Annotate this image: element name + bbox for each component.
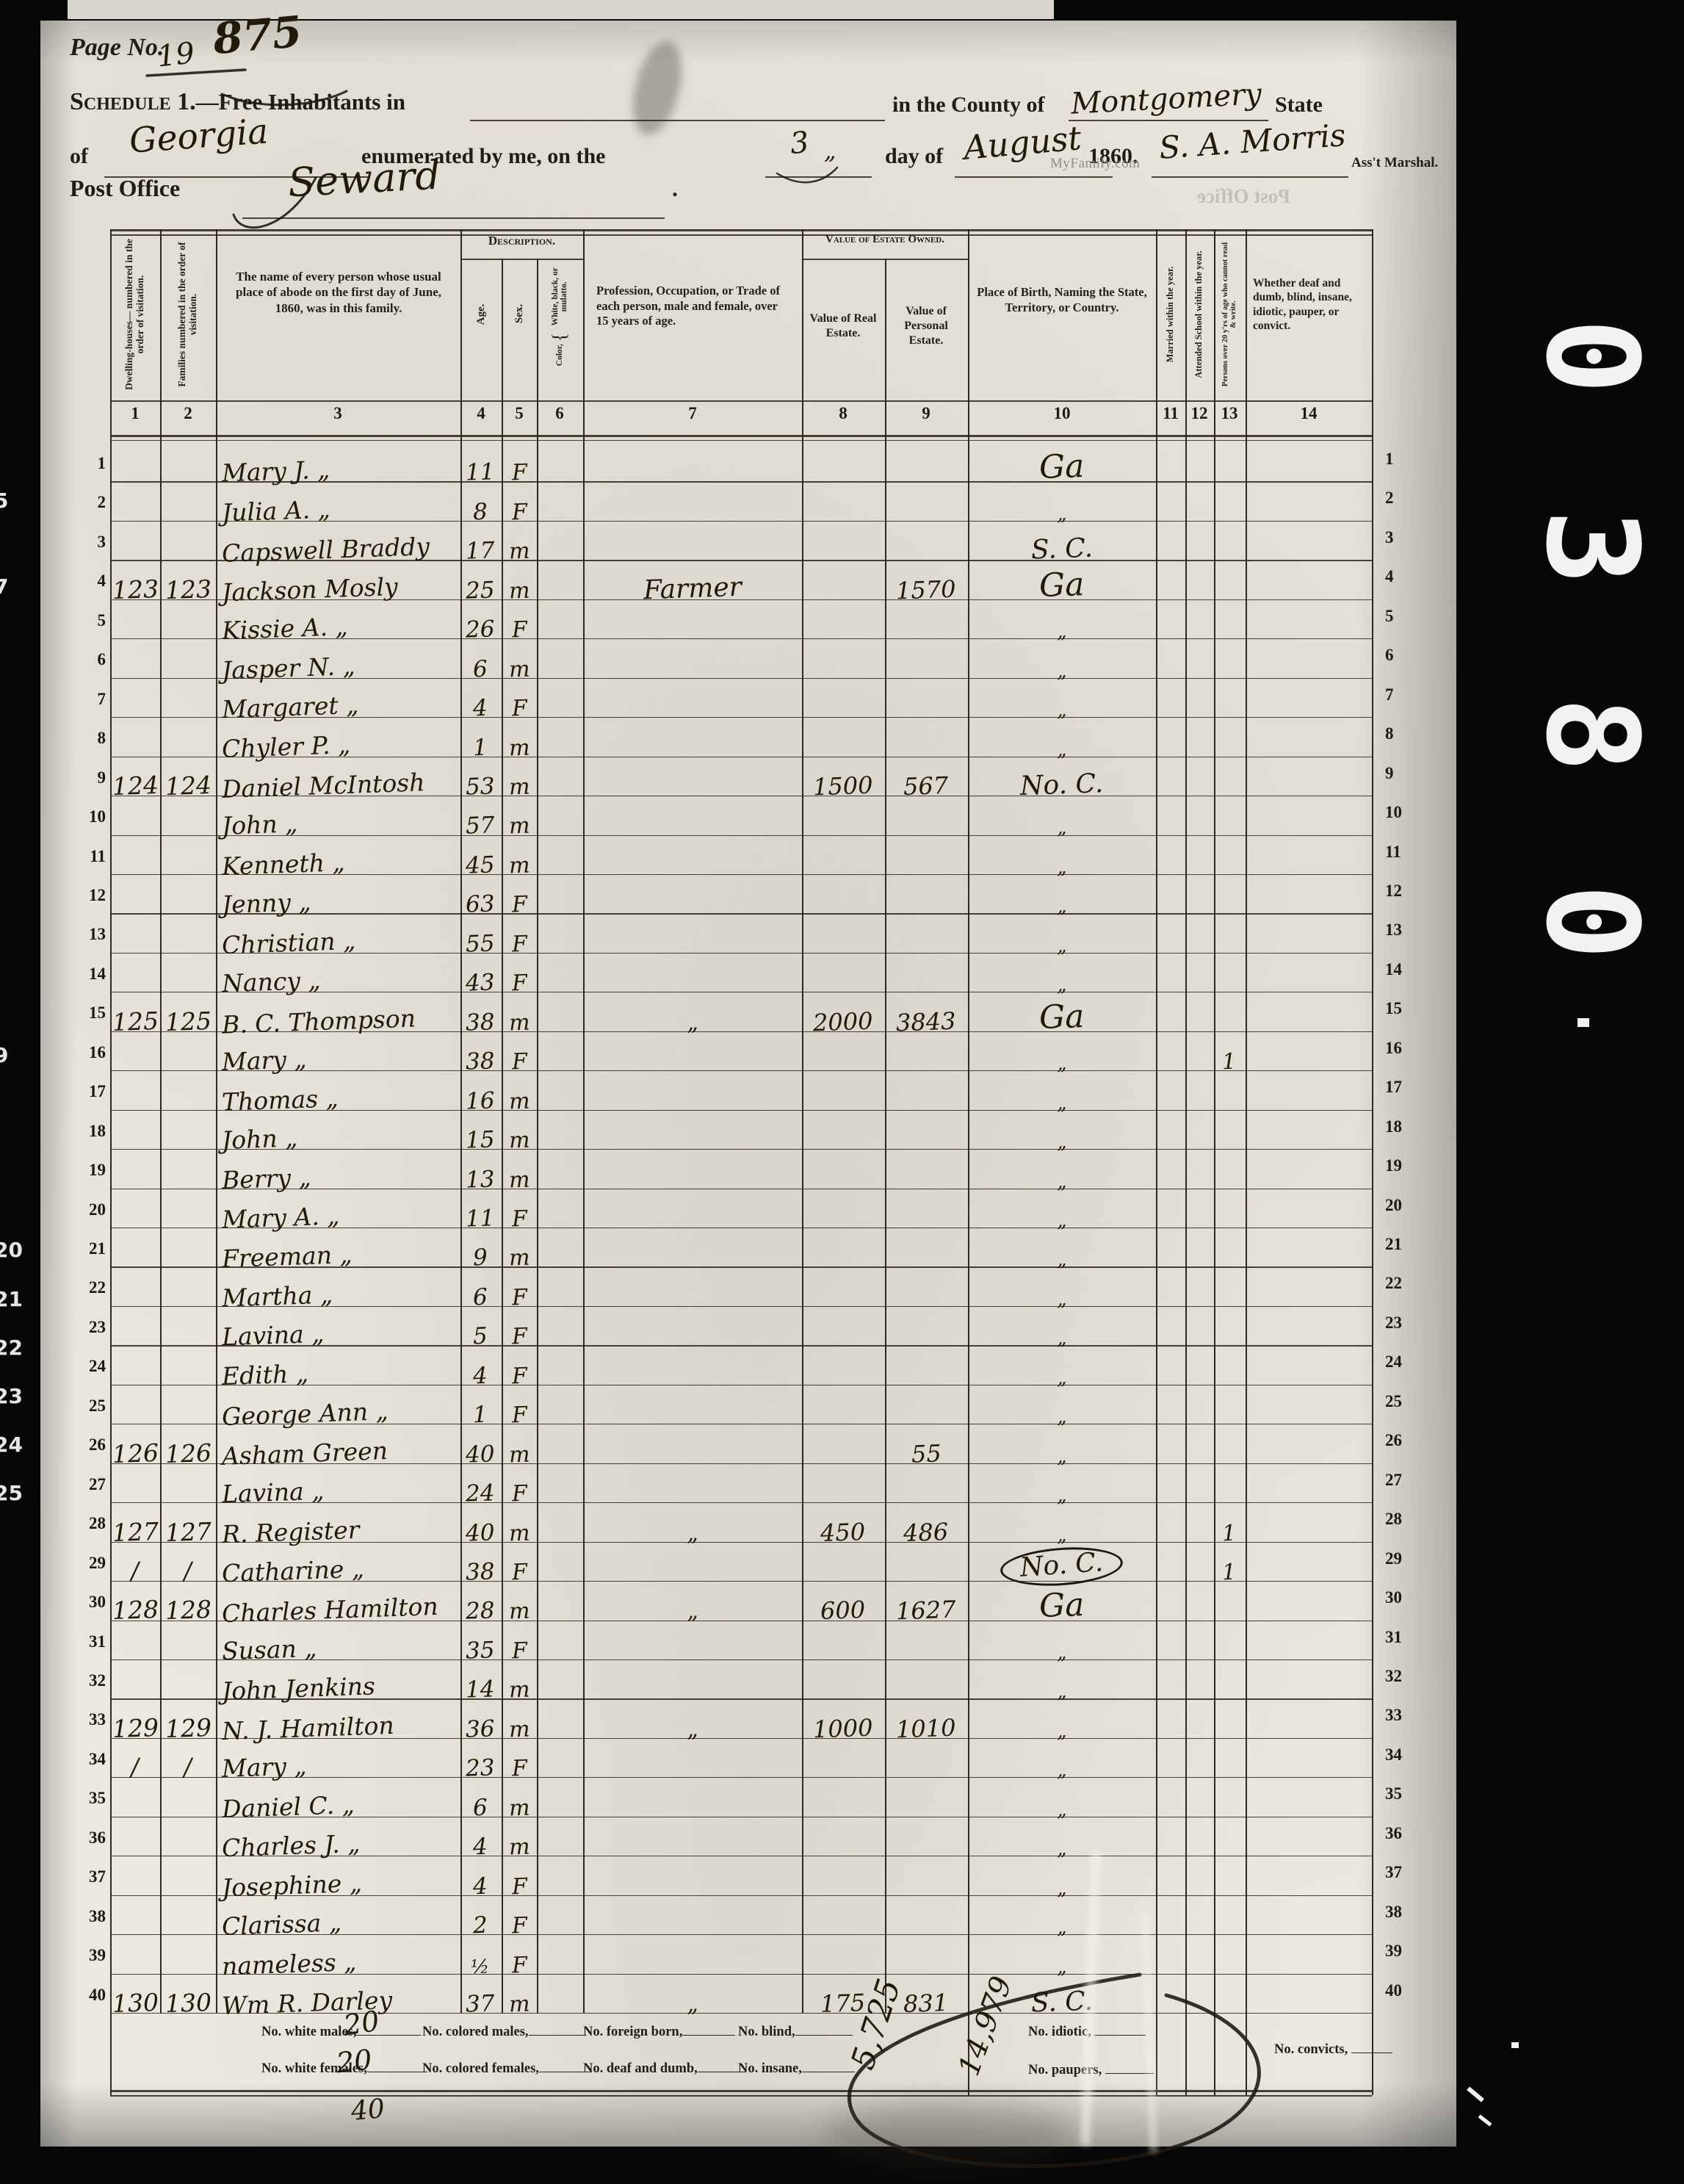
row-number-left: 34 [68, 1750, 106, 1769]
row-number-right: 18 [1385, 1117, 1426, 1136]
column-number: 13 [1207, 404, 1251, 423]
row-number-right: 25 [1385, 1392, 1426, 1411]
footer-summary-blank [367, 2070, 427, 2072]
column-number: 7 [671, 404, 715, 423]
column-header-personal-estate: Value of Personal Estate. [889, 304, 964, 348]
enumeration-day: 3 [789, 126, 811, 161]
row-number-left: 6 [68, 650, 106, 669]
blank-underline [1069, 120, 1268, 121]
row-number-left: 15 [68, 1003, 106, 1023]
footer-summary-item: No. foreign born, [583, 2025, 735, 2040]
column-header-sex: Sex. [502, 244, 537, 383]
row-number-right: 37 [1385, 1863, 1426, 1882]
row-number-right: 11 [1385, 843, 1426, 862]
footer-convicts-label: No. convicts, [1274, 2042, 1392, 2058]
cell-occ: „ [588, 1992, 797, 2017]
film-edge-number: 21 [0, 1287, 29, 1311]
post-office-label: Post Office [70, 175, 180, 202]
table-row: 3333129129N. J. Hamilton36m„10001010„ [0, 1698, 1684, 1737]
row-number-right: 16 [1385, 1039, 1426, 1058]
blank-underline [1152, 176, 1348, 178]
row-number-right: 38 [1385, 1903, 1426, 1922]
column-number: 9 [904, 404, 948, 423]
row-number-right: 17 [1385, 1078, 1426, 1097]
enumeration-day-mark: „ [824, 137, 836, 165]
row-number-left: 27 [68, 1475, 106, 1494]
footer-summary-item: No. insane, [738, 2061, 855, 2077]
row-number-left: 22 [68, 1278, 106, 1297]
row-number-left: 32 [68, 1671, 106, 1690]
row-number-right: 14 [1385, 960, 1426, 979]
table-row: 3535Daniel C. „6m„ [0, 1777, 1684, 1816]
film-edge-number: 22 [0, 1336, 29, 1360]
table-row: 1010John „57m„ [0, 796, 1684, 835]
film-strip-digit: 8 [1522, 668, 1662, 801]
cell-age-text: 37 [466, 1990, 496, 2017]
row-number-right: 4 [1385, 567, 1426, 586]
census-scan-screen: Page No. 19 875 Schedule 1.—Free Inhabit… [0, 0, 1684, 2184]
footer-idiotic-text: No. idiotic, [1028, 2025, 1091, 2039]
table-row: 3232John Jenkins14m„ [0, 1659, 1684, 1698]
row-number-left: 14 [68, 965, 106, 984]
row-number-left: 13 [68, 925, 106, 944]
table-row: 3838Clarissa „2F„ [0, 1895, 1684, 1934]
table-row: 2929//Catharine „38FNo. C.1 [0, 1542, 1684, 1581]
table-row: 3030128128Charles Hamilton28m„6001627Ga [0, 1581, 1684, 1620]
row-number-right: 13 [1385, 920, 1426, 940]
cell-birth: Ga [971, 1587, 1153, 1624]
film-speck [1467, 2086, 1484, 2102]
table-rule-horizontal [110, 2095, 1372, 2097]
cell-pers-text: 831 [903, 1989, 949, 2018]
row-number-right: 35 [1385, 1784, 1426, 1803]
footer-summary-label: No. foreign born, [583, 2025, 682, 2039]
footer-summary-label: No. insane, [738, 2061, 802, 2076]
table-row: 1313Christian „55F„ [0, 913, 1684, 952]
footer-summary-label: No. blind, [738, 2025, 795, 2039]
row-number-left: 11 [68, 847, 106, 866]
row-number-left: 2 [68, 493, 106, 512]
row-number-right: 26 [1385, 1431, 1426, 1450]
row-number-right: 39 [1385, 1942, 1426, 1961]
column-number: 3 [316, 404, 360, 423]
table-row: 1717Thomas „16m„ [0, 1070, 1684, 1109]
table-rule-horizontal [110, 440, 1372, 441]
column-header-place-of-birth: Place of Birth, Naming the State, Territ… [977, 285, 1147, 315]
column-header-dwelling: Dwelling-houses— numbered in the order o… [115, 237, 156, 392]
row-number-left: 37 [68, 1867, 106, 1886]
column-number: 14 [1287, 404, 1331, 423]
cell-fam-text: 130 [165, 1988, 212, 2018]
film-strip-digit: 0 [1522, 290, 1662, 422]
row-number-right: 27 [1385, 1471, 1426, 1490]
film-strip-digit: 3 [1522, 481, 1662, 613]
table-row: 2424Edith „4F„ [0, 1345, 1684, 1384]
film-top-band [0, 0, 1054, 19]
column-header-deaf-dumb: Whether deaf and dumb, blind, insane, id… [1253, 276, 1367, 334]
row-number-right: 28 [1385, 1510, 1426, 1529]
post-office-name: Seward [286, 152, 441, 206]
row-number-right: 22 [1385, 1274, 1426, 1293]
footer-summary-blank [795, 2033, 853, 2036]
footer-summary-blank [529, 2033, 586, 2036]
table-row: 3939nameless „½F„ [0, 1934, 1684, 1973]
cell-sex-text: m [508, 1991, 530, 2017]
column-header-age: Age. [463, 245, 499, 384]
column-header-married: Married within the year. [1157, 241, 1185, 388]
blank-underline [765, 176, 872, 178]
row-number-left: 10 [68, 807, 106, 826]
column-number: 1 [113, 404, 157, 423]
footer-summary-label: No. colored females, [422, 2061, 539, 2076]
film-edge-number: 20 [0, 1238, 29, 1262]
column-number: 10 [1040, 404, 1084, 423]
cell-fam: 130 [160, 1989, 216, 2017]
table-row: 99124124Daniel McIntosh53m1500567No. C. [0, 757, 1684, 796]
row-number-right: 2 [1385, 489, 1426, 508]
cell-dw-text: 130 [112, 1988, 159, 2018]
blank-underline [955, 176, 1113, 178]
footer-idiotic-blank [1094, 2033, 1146, 2036]
page-number: 875 [211, 7, 304, 64]
row-number-left: 4 [68, 572, 106, 591]
row-number-right: 32 [1385, 1667, 1426, 1686]
row-number-left: 21 [68, 1239, 106, 1258]
page-number-old: 19 [156, 36, 196, 73]
table-row: 2222Martha „6F„ [0, 1266, 1684, 1305]
table-row: 2828127127R. Register40m„450486„1 [0, 1502, 1684, 1541]
marshal-title: Ass't Marshal. [1351, 156, 1447, 171]
column-header-color: Color, { White, black, or mulatto. [538, 245, 581, 384]
cell-birth: No. C. [971, 1548, 1153, 1585]
table-row: 2121Freeman „9m„ [0, 1228, 1684, 1266]
schedule-title: Schedule 1.—Free Inhabitants in [70, 88, 405, 116]
table-rule-horizontal [110, 2090, 1372, 2092]
film-speck [1578, 1018, 1589, 1027]
row-number-left: 8 [68, 729, 106, 748]
row-number-right: 40 [1385, 1981, 1426, 2000]
row-number-left: 7 [68, 690, 106, 709]
row-number-left: 35 [68, 1789, 106, 1808]
row-number-left: 19 [68, 1161, 106, 1180]
table-row: 2626126126Asham Green40m55„ [0, 1424, 1684, 1463]
footer-summary-item: No. colored females, [422, 2061, 592, 2077]
footer-white-females-count: 20 [335, 2044, 374, 2080]
row-number-right: 10 [1385, 803, 1426, 822]
column-number: 4 [459, 404, 503, 423]
page-number-label: Page No. [70, 34, 164, 62]
table-row: 33Capswell Braddy17mS. C. [0, 521, 1684, 560]
row-number-left: 1 [68, 454, 106, 473]
row-number-left: 39 [68, 1946, 106, 1965]
footer-convicts-blank [1351, 2051, 1392, 2053]
row-number-left: 36 [68, 1828, 106, 1848]
row-number-right: 1 [1385, 450, 1426, 469]
table-rule-horizontal [110, 435, 1372, 437]
watermark: MyFamily.com [1050, 156, 1140, 172]
column-header-school: Attended School within the year. [1185, 241, 1213, 388]
schedule-rest: —Free Inhabitants in [196, 89, 405, 115]
blank-underline [470, 120, 885, 121]
row-number-right: 30 [1385, 1588, 1426, 1607]
row-number-left: 24 [68, 1357, 106, 1376]
footer-summary-blank [682, 2033, 735, 2036]
row-number-right: 19 [1385, 1156, 1426, 1175]
table-row: 1414Nancy „43F„ [0, 953, 1684, 992]
table-row: 3737Josephine „4F„ [0, 1856, 1684, 1895]
column-header-color-brace: { [549, 333, 570, 342]
footer-white-males-count: 20 [342, 2005, 381, 2041]
column-header-occupation: Profession, Occupation, or Trade of each… [596, 284, 790, 329]
row-number-right: 3 [1385, 528, 1426, 547]
column-header-name: The name of every person whose usual pla… [228, 269, 449, 316]
table-row: 77Margaret „4F„ [0, 678, 1684, 717]
film-strip-digit: 0 [1522, 856, 1662, 988]
footer-summary-label: No. white males, [261, 2025, 356, 2039]
film-edge-number: 23 [0, 1384, 29, 1408]
table-row: 66Jasper N. „6m„ [0, 638, 1684, 677]
film-edge-number: 24 [0, 1432, 29, 1457]
cell-dw: 130 [110, 1989, 160, 2017]
row-number-right: 9 [1385, 764, 1426, 783]
footer-convicts-text: No. convicts, [1274, 2042, 1348, 2057]
table-row: 1111Kenneth „45m„ [0, 835, 1684, 874]
cell-birth-text: S. C. [1030, 1986, 1093, 2019]
column-header-cannot-read-write: Persons over 20 y'rs of age who cannot r… [1214, 239, 1245, 390]
schedule-word: Schedule 1. [70, 88, 196, 115]
row-number-left: 23 [68, 1318, 106, 1337]
column-header-families: Families numbered in the order of visita… [167, 237, 209, 392]
state-word: State [1275, 93, 1323, 118]
cell-sex: m [502, 1992, 537, 2017]
day-of-label: day of [885, 144, 943, 169]
row-number-right: 6 [1385, 646, 1426, 665]
row-number-right: 20 [1385, 1196, 1426, 1215]
table-row: 44123123Jackson Mosly25mFarmer1570Ga [0, 560, 1684, 599]
table-row: 1616Mary „38F„1 [0, 1031, 1684, 1070]
row-number-right: 7 [1385, 685, 1426, 704]
film-edge-number: 25 [0, 1481, 29, 1505]
table-row: 3131Susan „35F„ [0, 1621, 1684, 1659]
cell-age: 37 [459, 1991, 502, 2017]
row-number-left: 31 [68, 1632, 106, 1651]
row-number-left: 38 [68, 1907, 106, 1926]
column-number: 5 [497, 404, 541, 423]
table-row: 1919Berry „13m„ [0, 1149, 1684, 1188]
footer-summary-label: No. deaf and dumb, [583, 2061, 698, 2076]
footer-summary-item: No. deaf and dumb, [583, 2061, 746, 2077]
row-number-left: 20 [68, 1200, 106, 1219]
row-number-right: 29 [1385, 1549, 1426, 1568]
table-row: 2525George Ann „1F„ [0, 1385, 1684, 1424]
table-rule-horizontal [802, 259, 968, 260]
row-number-left: 12 [68, 886, 106, 905]
table-rule-horizontal [110, 400, 1372, 402]
table-row: 2020Mary A. „11F„ [0, 1189, 1684, 1228]
row-number-left: 3 [68, 533, 106, 552]
footer-summary-item: No. colored males, [422, 2025, 586, 2040]
table-rule-horizontal [110, 234, 1372, 236]
table-rule-horizontal [110, 229, 1372, 231]
row-number-right: 33 [1385, 1706, 1426, 1725]
row-number-left: 17 [68, 1082, 106, 1101]
row-number-right: 34 [1385, 1745, 1426, 1765]
row-number-right: 24 [1385, 1352, 1426, 1372]
table-row: 1212Jenny „63F„ [0, 874, 1684, 913]
table-row: 2727Lavina „24F„ [0, 1463, 1684, 1502]
ghost-bleedthrough-text: Post Office [1197, 185, 1290, 208]
row-number-left: 29 [68, 1554, 106, 1573]
row-number-left: 28 [68, 1514, 106, 1533]
column-number: 8 [821, 404, 865, 423]
table-row: 1818John „15m„ [0, 1110, 1684, 1149]
row-number-left: 16 [68, 1043, 106, 1062]
column-header-color-word: Color, [555, 344, 564, 366]
county-label: in the County of [892, 93, 1045, 118]
cell-birth: Ga [971, 566, 1153, 604]
row-number-left: 30 [68, 1593, 106, 1612]
group-header-value-of-estate: Value of Estate Owned. [802, 234, 968, 246]
of-label: of [70, 144, 88, 169]
row-number-right: 36 [1385, 1824, 1426, 1843]
table-row: 4040130130Wm R. Darley37m„175831S. C. [0, 1974, 1684, 2013]
footer-summary-blank [802, 2070, 855, 2072]
table-row: 3636Charles J. „4m„ [0, 1817, 1684, 1856]
post-office-period: . [672, 175, 678, 202]
table-row: 55Kissie A. „26F„ [0, 599, 1684, 638]
film-speck [1478, 2114, 1492, 2126]
film-speck [1511, 2042, 1519, 2048]
row-number-right: 5 [1385, 607, 1426, 626]
footer-summary-item: No. blind, [738, 2025, 853, 2040]
table-row: 1515125125B. C. Thompson38m„20003843Ga [0, 992, 1684, 1031]
row-number-left: 18 [68, 1122, 106, 1141]
footer-total-handwritten: 40 [350, 2094, 386, 2127]
row-number-left: 25 [68, 1396, 106, 1416]
film-edge-number: 7 [0, 574, 29, 599]
row-number-right: 31 [1385, 1628, 1426, 1647]
table-row: 2323Lavina „5F„ [0, 1306, 1684, 1345]
row-number-right: 23 [1385, 1313, 1426, 1333]
row-number-left: 9 [68, 768, 106, 788]
cell-occ-text: „ [686, 1992, 698, 2018]
row-number-left: 26 [68, 1435, 106, 1455]
column-number: 6 [538, 404, 582, 423]
scan-stain [823, 2101, 1072, 2167]
row-number-right: 8 [1385, 724, 1426, 743]
row-number-left: 5 [68, 611, 106, 630]
row-number-right: 21 [1385, 1235, 1426, 1254]
cell-birth: Ga [971, 448, 1153, 486]
row-number-left: 33 [68, 1710, 106, 1729]
table-row: 11Mary J. „11FGa [0, 442, 1684, 481]
footer-summary-label: No. colored males, [422, 2025, 529, 2039]
column-header-color-detail: White, black, or mulatto. [551, 263, 569, 331]
table-row: 3434//Mary „23F„ [0, 1738, 1684, 1777]
film-edge-number: 9 [0, 1043, 29, 1067]
table-row: 88Chyler P. „1m„ [0, 717, 1684, 756]
film-edge-number: 5 [0, 489, 29, 513]
cell-birth: Ga [971, 998, 1153, 1036]
column-number: 2 [166, 404, 210, 423]
table-rule-horizontal [460, 259, 583, 260]
blank-underline [242, 217, 665, 219]
footer-summary-item: No. white males, [261, 2025, 421, 2040]
row-number-left: 40 [68, 1986, 106, 2005]
row-number-right: 12 [1385, 882, 1426, 901]
table-row: 22Julia A. „8F„ [0, 481, 1684, 520]
column-header-real-estate: Value of Real Estate. [806, 311, 881, 341]
row-number-right: 15 [1385, 999, 1426, 1018]
